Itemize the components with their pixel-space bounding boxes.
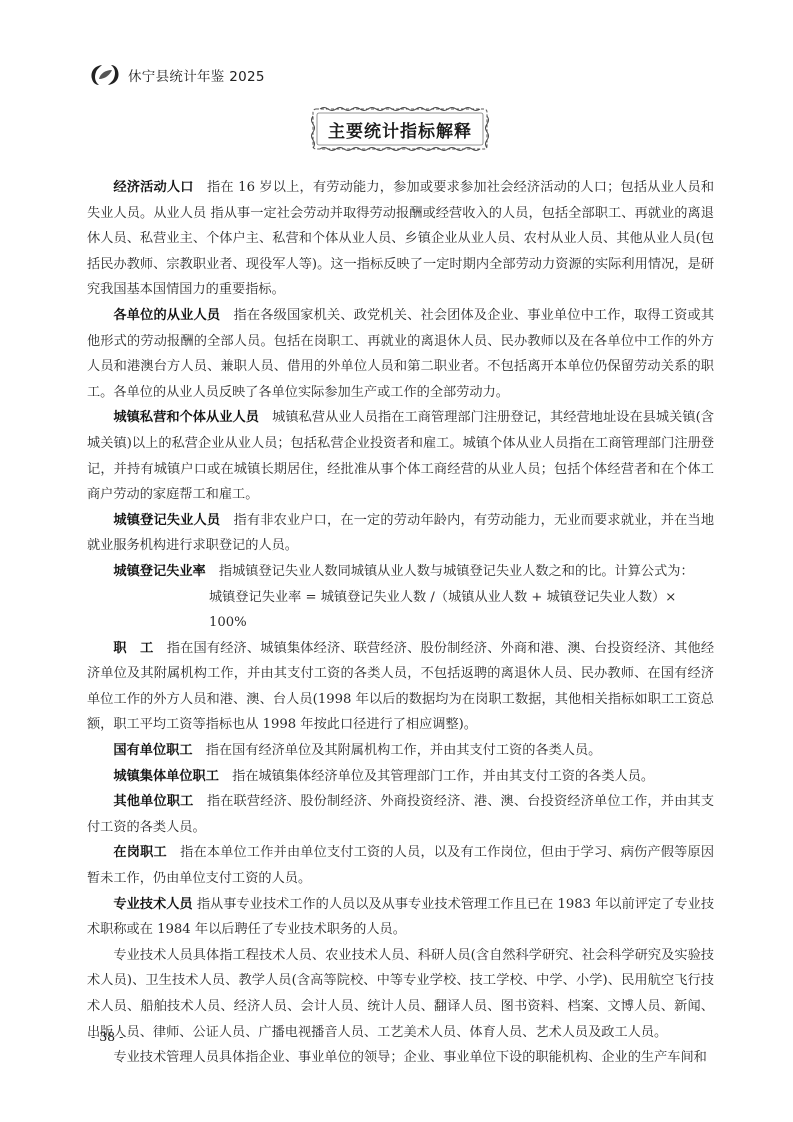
definition-text: 指在国有经济、城镇集体经济、联营经济、股份制经济、外商和港、澳、台投资经济、其他… — [87, 641, 714, 733]
definition-text: 指城镇登记失业人数同城镇从业人数与城镇登记失业人数之和的比。计算公式为： — [206, 564, 694, 579]
paragraph-employed-persons-by-unit: 各单位的从业人员 指在各级国家机关、政党机关、社会团体及企业、事业单位中工作，取… — [87, 303, 714, 405]
section-title-box: 主要统计指标解释 — [310, 106, 490, 152]
term-label: 其他单位职工 — [113, 794, 193, 809]
term-label: 专业技术人员 — [113, 897, 192, 912]
term-label: 职 工 — [113, 641, 153, 656]
paragraph-economically-active-population: 经济活动人口 指在 16 岁以上，有劳动能力，参加或要求参加社会经济活动的人口；… — [87, 175, 714, 303]
paragraph-urban-private-individual: 城镇私营和个体从业人员 城镇私营从业人员指在工商管理部门注册登记，其经营地址设在… — [87, 405, 714, 507]
page-header: 休宁县统计年鉴 2025 — [88, 62, 265, 88]
document-body: 经济活动人口 指在 16 岁以上，有劳动能力，参加或要求参加社会经济活动的人口；… — [87, 175, 714, 1071]
paragraph-state-owned-staff: 国有单位职工 指在国有经济单位及其附属机构工作，并由其支付工资的各类人员。 — [87, 738, 714, 764]
unemployment-rate-formula: 城镇登记失业率 = 城镇登记失业人数 /（城镇从业人数 + 城镇登记失业人数）×… — [87, 585, 714, 636]
definition-text: 指在 16 岁以上，有劳动能力，参加或要求参加社会经济活动的人口；包括从业人员和… — [87, 180, 714, 297]
paragraph-professional-technical-details: 专业技术人员具体指工程技术人员、农业技术人员、科研人员(含自然科学研究、社会科学… — [87, 943, 714, 1045]
definition-text: 指在国有经济单位及其附属机构工作，并由其支付工资的各类人员。 — [193, 743, 602, 758]
term-label: 城镇集体单位职工 — [113, 769, 219, 784]
term-label: 经济活动人口 — [113, 180, 193, 195]
term-label: 国有单位职工 — [113, 743, 192, 758]
yearbook-title: 休宁县统计年鉴 2025 — [128, 65, 265, 85]
term-label: 在岗职工 — [113, 845, 166, 860]
yearbook-logo-icon — [88, 62, 122, 88]
definition-text: 专业技术人员具体指工程技术人员、农业技术人员、科研人员(含自然科学研究、社会科学… — [87, 948, 714, 1040]
term-label: 城镇登记失业率 — [113, 564, 205, 579]
term-label: 各单位的从业人员 — [113, 308, 220, 323]
page-number: - 38 - — [91, 1029, 123, 1044]
paragraph-unemployment-rate: 城镇登记失业率 指城镇登记失业人数同城镇从业人数与城镇登记失业人数之和的比。计算… — [87, 559, 714, 585]
paragraph-on-post-staff: 在岗职工 指在本单位工作并由单位支付工资的人员，以及有工作岗位，但由于学习、病伤… — [87, 840, 714, 891]
section-title: 主要统计指标解释 — [310, 117, 490, 142]
paragraph-staff-workers: 职 工 指在国有经济、城镇集体经济、联营经济、股份制经济、外商和港、澳、台投资经… — [87, 636, 714, 738]
term-label: 城镇私营和个体从业人员 — [113, 410, 259, 425]
paragraph-technical-management-details: 专业技术管理人员具体指企业、事业单位的领导；企业、事业单位下设的职能机构、企业的… — [87, 1045, 714, 1071]
definition-text: 专业技术管理人员具体指企业、事业单位的领导；企业、事业单位下设的职能机构、企业的… — [113, 1050, 706, 1065]
paragraph-professional-technical: 专业技术人员 指从事专业技术工作的人员以及从事专业技术管理工作且已在 1983 … — [87, 892, 714, 943]
paragraph-urban-collective-staff: 城镇集体单位职工 指在城镇集体经济单位及其管理部门工作，并由其支付工资的各类人员… — [87, 764, 714, 790]
paragraph-other-unit-staff: 其他单位职工 指在联营经济、股份制经济、外商投资经济、港、澳、台投资经济单位工作… — [87, 789, 714, 840]
definition-text: 指在本单位工作并由单位支付工资的人员，以及有工作岗位，但由于学习、病伤产假等原因… — [87, 845, 714, 886]
paragraph-registered-unemployed: 城镇登记失业人员 指有非农业户口，在一定的劳动年龄内，有劳动能力，无业而要求就业… — [87, 508, 714, 559]
definition-text: 指在城镇集体经济单位及其管理部门工作，并由其支付工资的各类人员。 — [219, 769, 654, 784]
term-label: 城镇登记失业人员 — [113, 513, 220, 528]
